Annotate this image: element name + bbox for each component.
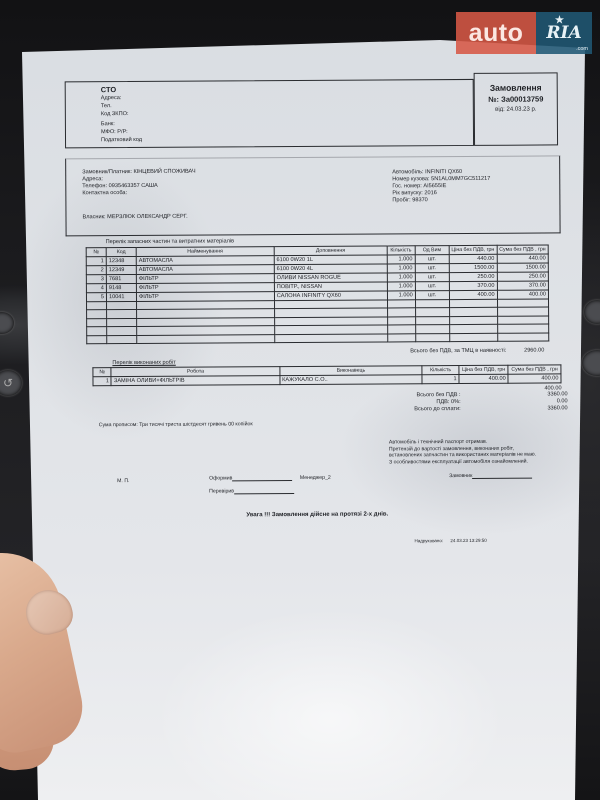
watermark-ria-text: RIA	[546, 23, 581, 43]
table-cell	[415, 333, 449, 342]
autoria-watermark: auto ★ RIA .com	[456, 12, 592, 54]
vat-value: 0.00	[528, 398, 568, 404]
customer-signature-label: Замовник	[449, 473, 472, 479]
column-header: Ціна без ПДВ, грн	[449, 245, 497, 254]
contact-person: Контактна особа:	[82, 190, 127, 196]
table-cell: 400.00	[449, 290, 497, 299]
company-phone: Тел.	[101, 103, 112, 109]
table-cell	[137, 334, 275, 343]
order-document: СТО Адреса: Тел. Код ЗКПО: Банк: МФО: Р/…	[0, 0, 600, 800]
column-header: Кількість	[422, 366, 459, 375]
works-table: №РоботаВиконавецьКількістьЦіна без ПДВ, …	[92, 364, 561, 385]
acknowledgement-line: З особливостями експлуатації автомобіля …	[389, 458, 536, 465]
company-edrpou: Код ЗКПО:	[101, 111, 129, 117]
table-cell: 1	[93, 376, 112, 385]
table-cell	[107, 335, 137, 344]
stamp-label: М. П.	[117, 478, 129, 484]
signature-line	[472, 473, 532, 479]
table-cell	[449, 333, 497, 342]
table-cell	[87, 335, 107, 344]
table-cell	[497, 315, 548, 324]
table-cell: 1	[422, 374, 459, 383]
table-cell: 1	[86, 256, 106, 265]
table-cell: 400.00	[497, 289, 548, 298]
vehicle-vin: Номер кузова: 5N1AL0MM7GC511217	[392, 176, 490, 183]
parts-total-value: 2960.00	[504, 348, 544, 354]
table-cell	[87, 301, 107, 310]
table-cell: 400.00	[459, 374, 508, 383]
table-cell	[387, 325, 415, 334]
subtotal-value: 3360.00	[528, 391, 568, 397]
order-info-box: Замовлення №: За00013759 від: 24.03.23 р…	[474, 72, 558, 146]
works-section-title: Перелік виконаних робіт	[112, 360, 175, 366]
table-cell	[106, 301, 136, 310]
table-cell: 370.00	[449, 281, 497, 290]
table-cell: шт.	[415, 254, 449, 263]
acknowledgement-text: Автомобіль і технічний паспорт отримав. …	[389, 439, 536, 466]
table-cell	[415, 325, 449, 334]
vehicle-owner: Власник: МЕРЗЛЮК ОЛЕКСАНДР СЕРГ.	[82, 214, 187, 221]
table-cell	[497, 332, 548, 341]
subtotal-label: Всього без ПДВ :	[381, 392, 461, 398]
watermark-auto: auto	[456, 12, 536, 54]
table-cell	[415, 308, 449, 317]
watermark-ria: ★ RIA .com	[536, 12, 592, 54]
checked-by-label: Перевірив	[209, 488, 234, 494]
vat-label: ПДВ: 0%:	[381, 399, 461, 405]
table-cell: КАЖУКАЛО С.О..	[280, 374, 423, 384]
validity-notice: Увага !!! Замовлення дійсне на протязі 2…	[246, 511, 388, 518]
table-cell: 9148	[106, 283, 136, 292]
watermark-com: .com	[576, 46, 588, 52]
table-cell	[497, 298, 548, 307]
table-cell: шт.	[415, 281, 449, 290]
table-cell: 1.000	[387, 254, 415, 263]
table-cell	[387, 299, 415, 308]
customer-phone: Телефон: 0935463357 САША	[82, 183, 158, 189]
table-cell: 7681	[106, 274, 136, 283]
table-cell: шт.	[415, 263, 449, 272]
table-cell	[87, 327, 107, 336]
company-address: Адреса:	[101, 95, 122, 101]
table-cell: 400.00	[508, 373, 561, 382]
company-mfo: МФО: Р/Р:	[101, 129, 128, 135]
column-header: Код	[106, 247, 136, 256]
signature-line	[234, 488, 294, 494]
amount-in-words: Сума прописом: Три тисячі триста шістдес…	[99, 421, 253, 428]
star-icon: ★	[555, 15, 564, 26]
printed-stamp: Надруковано: 24.03.23 13:29:50	[414, 538, 486, 543]
table-cell: 3	[86, 274, 106, 283]
table-cell: шт.	[415, 290, 449, 299]
printed-timestamp: 24.03.23 13:29:50	[450, 538, 486, 543]
company-bank: Банк:	[101, 121, 115, 127]
column-header: Ціна без ПДВ, грн	[459, 365, 508, 374]
table-cell	[415, 299, 449, 308]
order-title: Замовлення	[475, 82, 557, 93]
issued-by-label: Оформив	[209, 475, 232, 481]
company-name: СТО	[101, 85, 117, 94]
vehicle-mileage: Пробіг: 98370	[392, 197, 427, 203]
table-cell: 12349	[106, 265, 136, 274]
table-cell: 440.00	[497, 253, 548, 262]
table-cell: 1.000	[387, 290, 415, 299]
customer-address: Адреса:	[82, 176, 103, 182]
table-cell: 5	[86, 292, 106, 301]
table-row: 1ЗАМІНА ОЛИВИ+ФІЛЬТРІВКАЖУКАЛО С.О..1400…	[93, 373, 561, 385]
vehicle-model: Автомобіль: INFINITI QX60	[392, 169, 462, 175]
table-cell: 370.00	[497, 280, 548, 289]
vehicle-plate: Гос. номер: AI5655IE	[392, 183, 446, 189]
table-cell: 250.00	[449, 272, 497, 281]
grand-total-value: 3360.00	[528, 405, 568, 411]
company-info-box: СТО Адреса: Тел. Код ЗКПО: Банк: МФО: Р/…	[65, 79, 474, 148]
table-cell	[107, 318, 137, 327]
grand-total-label: Всього до сплати:	[381, 406, 461, 412]
table-cell	[415, 316, 449, 325]
table-cell: 1.000	[387, 272, 415, 281]
order-number: №: За00013759	[475, 94, 557, 104]
table-cell	[107, 309, 137, 318]
table-cell	[87, 310, 107, 319]
table-cell	[107, 326, 137, 335]
checked-by: Перевірив	[209, 488, 294, 495]
table-cell: 1.000	[387, 281, 415, 290]
column-header: №	[86, 248, 106, 257]
manager-name: Менеджер_2	[300, 475, 331, 481]
table-cell: 4	[86, 283, 106, 292]
table-cell	[449, 324, 497, 333]
issued-by: Оформив Менеджер_2	[209, 475, 331, 482]
table-cell	[497, 324, 548, 333]
column-header: Сума без ПДВ , грн	[497, 245, 548, 254]
client-info-box: Замовник/Платник: КІНЦЕВИЙ СПОЖИВАЧ Адре…	[65, 155, 560, 236]
company-tax-code: Податковий код	[101, 137, 142, 143]
table-cell	[387, 333, 415, 342]
table-cell: 1500.00	[497, 262, 548, 271]
customer: Замовник/Платник: КІНЦЕВИЙ СПОЖИВАЧ	[82, 169, 195, 176]
table-cell	[449, 316, 497, 325]
column-header: №	[93, 368, 112, 377]
table-cell: 10041	[106, 292, 136, 301]
column-header: Кількість	[387, 246, 415, 255]
signature-line	[232, 475, 292, 481]
table-cell	[275, 333, 388, 342]
table-cell: 1.000	[387, 263, 415, 272]
table-cell	[87, 318, 107, 327]
order-date: від: 24.03.23 р.	[475, 106, 557, 113]
table-cell: ЗАМІНА ОЛИВИ+ФІЛЬТРІВ	[111, 375, 279, 385]
empty-table-row	[87, 332, 549, 343]
customer-signature: Замовник	[449, 473, 532, 480]
table-cell: 1500.00	[449, 263, 497, 272]
table-cell: 2	[86, 265, 106, 274]
table-cell: шт.	[415, 272, 449, 281]
parts-total-label: Всього без ПДВ, за ТМЦ в наявності:	[330, 348, 506, 355]
table-cell: 12348	[106, 256, 136, 265]
table-cell: 250.00	[497, 271, 548, 280]
table-cell	[449, 299, 497, 308]
parts-table: №КодНайменуванняДоповненняКількістьОд Ви…	[86, 244, 550, 344]
table-cell	[449, 307, 497, 316]
column-header: Сума без ПДВ , грн	[508, 365, 561, 374]
table-cell	[387, 316, 415, 325]
printed-label: Надруковано:	[414, 538, 443, 543]
column-header: Од Вим	[415, 246, 449, 255]
table-cell	[387, 308, 415, 317]
parts-section-title: Перелік запасних частин та витратних мат…	[106, 238, 234, 245]
table-cell	[497, 307, 548, 316]
vehicle-year: Рік випуску: 2016	[392, 190, 437, 196]
table-cell: 440.00	[449, 254, 497, 263]
